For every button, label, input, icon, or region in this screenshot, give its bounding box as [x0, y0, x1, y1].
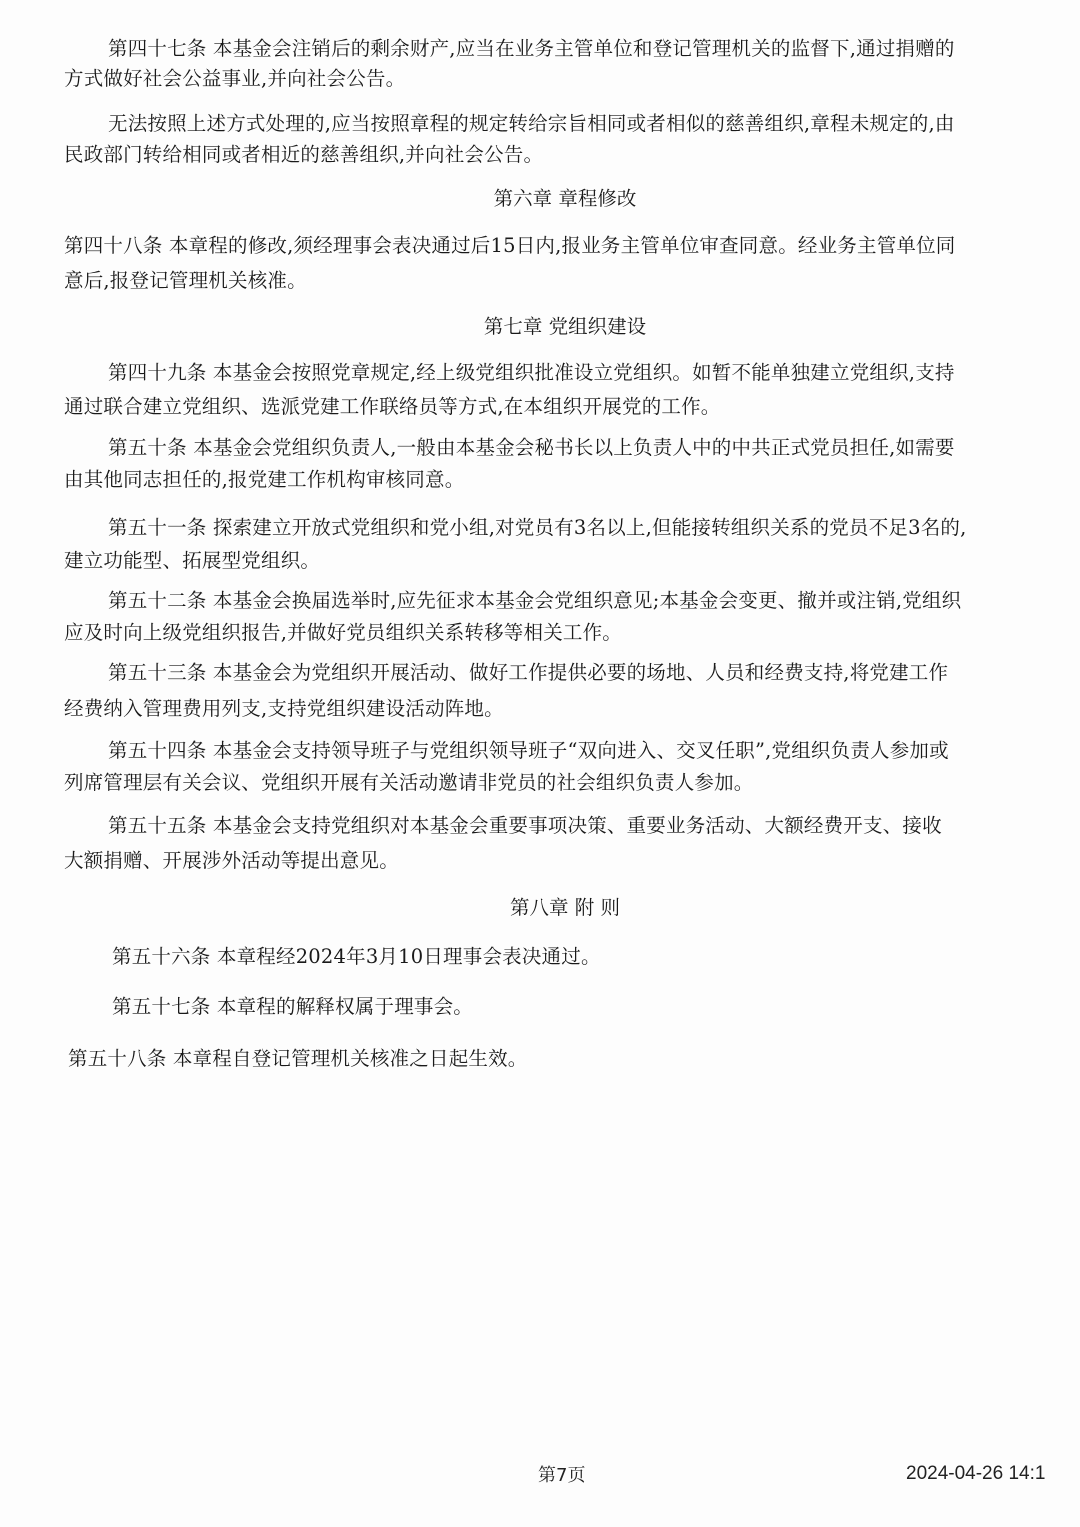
article-55-line-1: 第五十五条 本基金会支持党组织对本基金会重要事项决策、重要业务活动、大额经费开支…	[108, 813, 942, 839]
article-49-line-2: 通过联合建立党组织、选派党建工作联络员等方式,在本组织开展党的工作。	[64, 394, 721, 420]
chapter-6-heading: 第六章 章程修改	[0, 186, 1080, 212]
article-51-line-1: 第五十一条 探索建立开放式党组织和党小组,对党员有3名以上,但能接转组织关系的党…	[108, 515, 967, 541]
article-56-line-1: 第五十六条 本章程经2024年3月10日理事会表决通过。	[112, 944, 601, 970]
article-52-line-1: 第五十二条 本基金会换届选举时,应先征求本基金会党组织意见;本基金会变更、撤并或…	[108, 588, 961, 614]
article-47b-line-2: 民政部门转给相同或者相近的慈善组织,并向社会公告。	[64, 142, 543, 168]
article-47b-line-1: 无法按照上述方式处理的,应当按照章程的规定转给宗旨相同或者相似的慈善组织,章程未…	[108, 111, 955, 137]
article-54-line-2: 列席管理层有关会议、党组织开展有关活动邀请非党员的社会组织负责人参加。	[64, 770, 754, 796]
article-49-line-1: 第四十九条 本基金会按照党章规定,经上级党组织批准设立党组织。如暂不能单独建立党…	[108, 360, 955, 386]
article-47-line-2: 方式做好社会公益事业,并向社会公告。	[64, 66, 405, 92]
article-47-line-1: 第四十七条 本基金会注销后的剩余财产,应当在业务主管单位和登记管理机关的监督下,…	[108, 36, 955, 62]
print-timestamp: 2024-04-26 14:1	[906, 1462, 1080, 1486]
article-58-line-1: 第五十八条 本章程自登记管理机关核准之日起生效。	[68, 1046, 528, 1072]
article-51-line-2: 建立功能型、拓展型党组织。	[64, 548, 320, 574]
article-50-line-1: 第五十条 本基金会党组织负责人,一般由本基金会秘书长以上负责人中的中共正式党员担…	[108, 435, 955, 461]
article-53-line-2: 经费纳入管理费用列支,支持党组织建设活动阵地。	[64, 696, 504, 722]
article-54-line-1: 第五十四条 本基金会支持领导班子与党组织领导班子“双向进入、交叉任职”,党组织负…	[108, 738, 949, 764]
article-48-line-1: 第四十八条 本章程的修改,须经理事会表决通过后15日内,报业务主管单位审查同意。…	[64, 233, 956, 259]
page-number: 第7页	[538, 1464, 585, 1488]
article-57-line-1: 第五十七条 本章程的解释权属于理事会。	[112, 994, 473, 1020]
article-53-line-1: 第五十三条 本基金会为党组织开展活动、做好工作提供必要的场地、人员和经费支持,将…	[108, 660, 948, 686]
document-page: 第四十七条 本基金会注销后的剩余财产,应当在业务主管单位和登记管理机关的监督下,…	[0, 0, 1080, 1527]
article-55-line-2: 大额捐赠、开展涉外活动等提出意见。	[64, 848, 399, 874]
chapter-7-heading: 第七章 党组织建设	[0, 314, 1080, 340]
chapter-8-heading: 第八章 附 则	[0, 895, 1080, 921]
article-48-line-2: 意后,报登记管理机关核准。	[64, 268, 307, 294]
article-50-line-2: 由其他同志担任的,报党建工作机构审核同意。	[64, 467, 464, 493]
article-52-line-2: 应及时向上级党组织报告,并做好党员组织关系转移等相关工作。	[64, 620, 622, 646]
